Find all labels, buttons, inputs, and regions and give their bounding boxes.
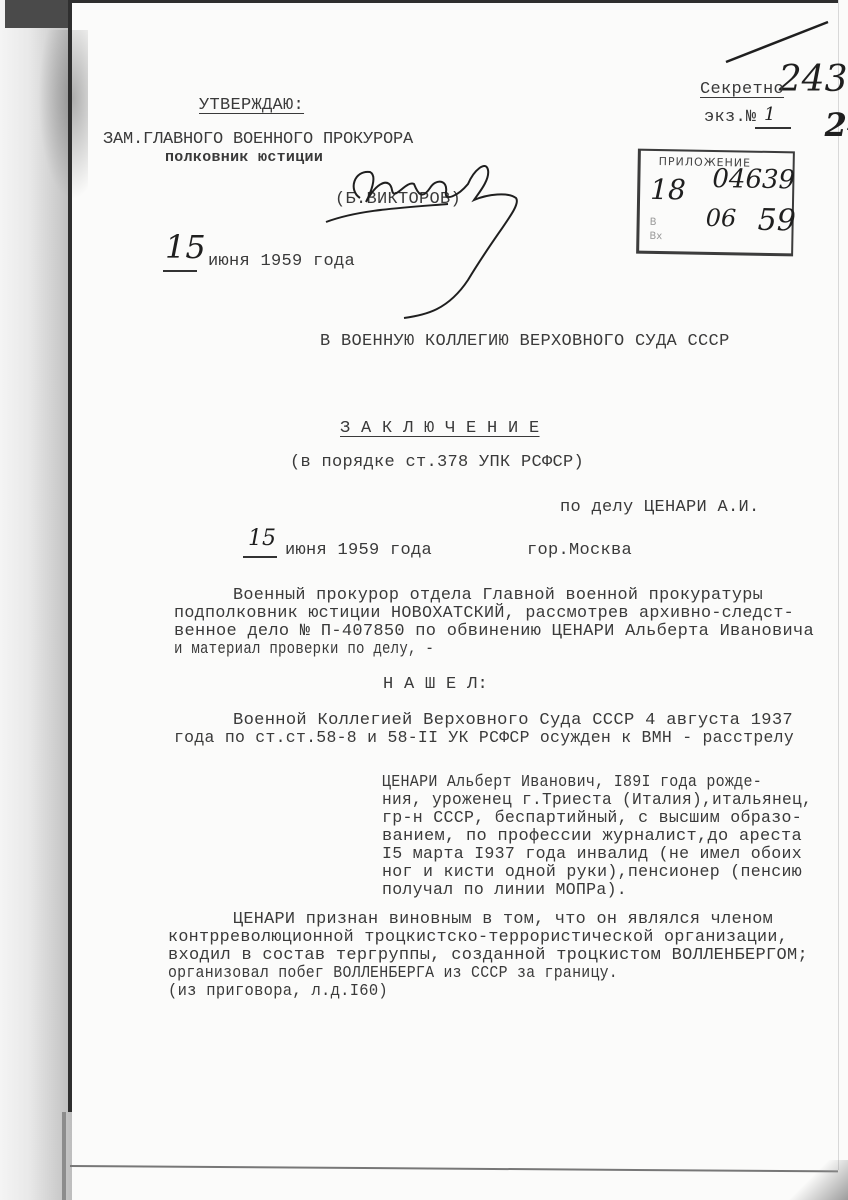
stamp-faint-line2: Вх	[649, 231, 662, 242]
stamp-number: 04639	[712, 164, 795, 195]
case-reference: по делу ЦЕНАРИ А.И.	[560, 498, 760, 518]
person-line: гр-н СССР, беспартийный, с высшим образо…	[382, 809, 802, 829]
approval-date-day: 15	[165, 228, 206, 266]
person-line: ния, уроженец г.Триеста (Италия),итальян…	[382, 791, 812, 811]
verdict-line: года по ст.ст.58-8 и 58-II УК РСФСР осуж…	[174, 729, 794, 749]
intro-line: венное дело № П-407850 по обвинению ЦЕНА…	[174, 622, 814, 642]
found-heading: Н А Ш Е Л:	[383, 675, 488, 695]
intro-line: Военный прокурор отдела Главной военной …	[233, 586, 763, 606]
charge-line: организовал побег ВОЛЛЕНБЕРГА из СССР за…	[168, 964, 618, 984]
copy-label: экз.№	[704, 108, 757, 128]
person-line: ЦЕНАРИ Альберт Иванович, I89I года рожде…	[382, 773, 762, 793]
approval-label: УТВЕРЖДАЮ:	[199, 96, 304, 116]
document-page: 243 244а Секретно экз.№ 1 УТВЕРЖДАЮ: ЗАМ…	[0, 0, 848, 1200]
document-date-day: 15	[248, 526, 276, 551]
intro-line: и материал проверки по делу, -	[174, 640, 434, 660]
stamp-month: 06	[705, 204, 736, 233]
verdict-line: Военной Коллегией Верховного Суда СССР 4…	[233, 711, 793, 731]
charge-line: ЦЕНАРИ признан виновным в том, что он яв…	[233, 910, 773, 930]
document-date-underline	[243, 556, 277, 558]
charge-line: (из приговора, л.д.I60)	[168, 982, 388, 1002]
document-place: гор.Москва	[527, 541, 632, 561]
copy-number-underline	[755, 127, 791, 129]
secret-label: Секретно	[700, 80, 784, 100]
document-title: З А К Л Ю Ч Е Н И Е	[340, 419, 540, 439]
stamp-year: 59	[757, 203, 796, 239]
page-left-edge-lower	[62, 1112, 66, 1200]
page-top-edge	[72, 0, 838, 3]
document-date-text: июня 1959 года	[285, 541, 432, 561]
stamp-day: 18	[650, 173, 686, 207]
addressee: В ВОЕННУЮ КОЛЛЕГИЮ ВЕРХОВНОГО СУДА СССР	[320, 332, 730, 352]
person-line: получал по линии МОПРа).	[382, 881, 627, 901]
person-line: I5 марта I937 года инвалид (не имел обои…	[382, 845, 802, 865]
corner-shade	[788, 1160, 848, 1200]
person-line: ног и кисти одной руки),пенсионер (пенси…	[382, 863, 802, 883]
approver-rank: полковник юстиции	[165, 148, 323, 168]
fold-shade	[38, 30, 88, 200]
strike-line-icon	[722, 18, 832, 68]
page-left-edge	[68, 0, 72, 1112]
charge-line: контрреволюционной троцкистско-террорист…	[168, 928, 788, 948]
copy-number: 1	[764, 104, 775, 125]
registration-stamp: ПРИЛОЖЕНИЕ 04639 18 06 59 В Вх	[636, 149, 795, 257]
charge-line: входил в состав тергруппы, созданной тро…	[168, 946, 808, 966]
approval-date-underline	[163, 270, 197, 272]
binding-corner	[5, 0, 71, 28]
page-bottom-edge	[70, 1165, 838, 1172]
person-line: ванием, по профессии журналист,до ареста	[382, 827, 802, 847]
intro-line: подполковник юстиции НОВОХАТСКИЙ, рассмо…	[174, 604, 794, 624]
document-subtitle: (в порядке ст.378 УПК РСФСР)	[290, 453, 584, 473]
stamp-faint-line1: В	[650, 217, 657, 228]
signature-icon	[318, 150, 538, 320]
approval-date-text: июня 1959 года	[208, 252, 355, 272]
approver-title: ЗАМ.ГЛАВНОГО ВОЕННОГО ПРОКУРОРА	[103, 130, 413, 150]
